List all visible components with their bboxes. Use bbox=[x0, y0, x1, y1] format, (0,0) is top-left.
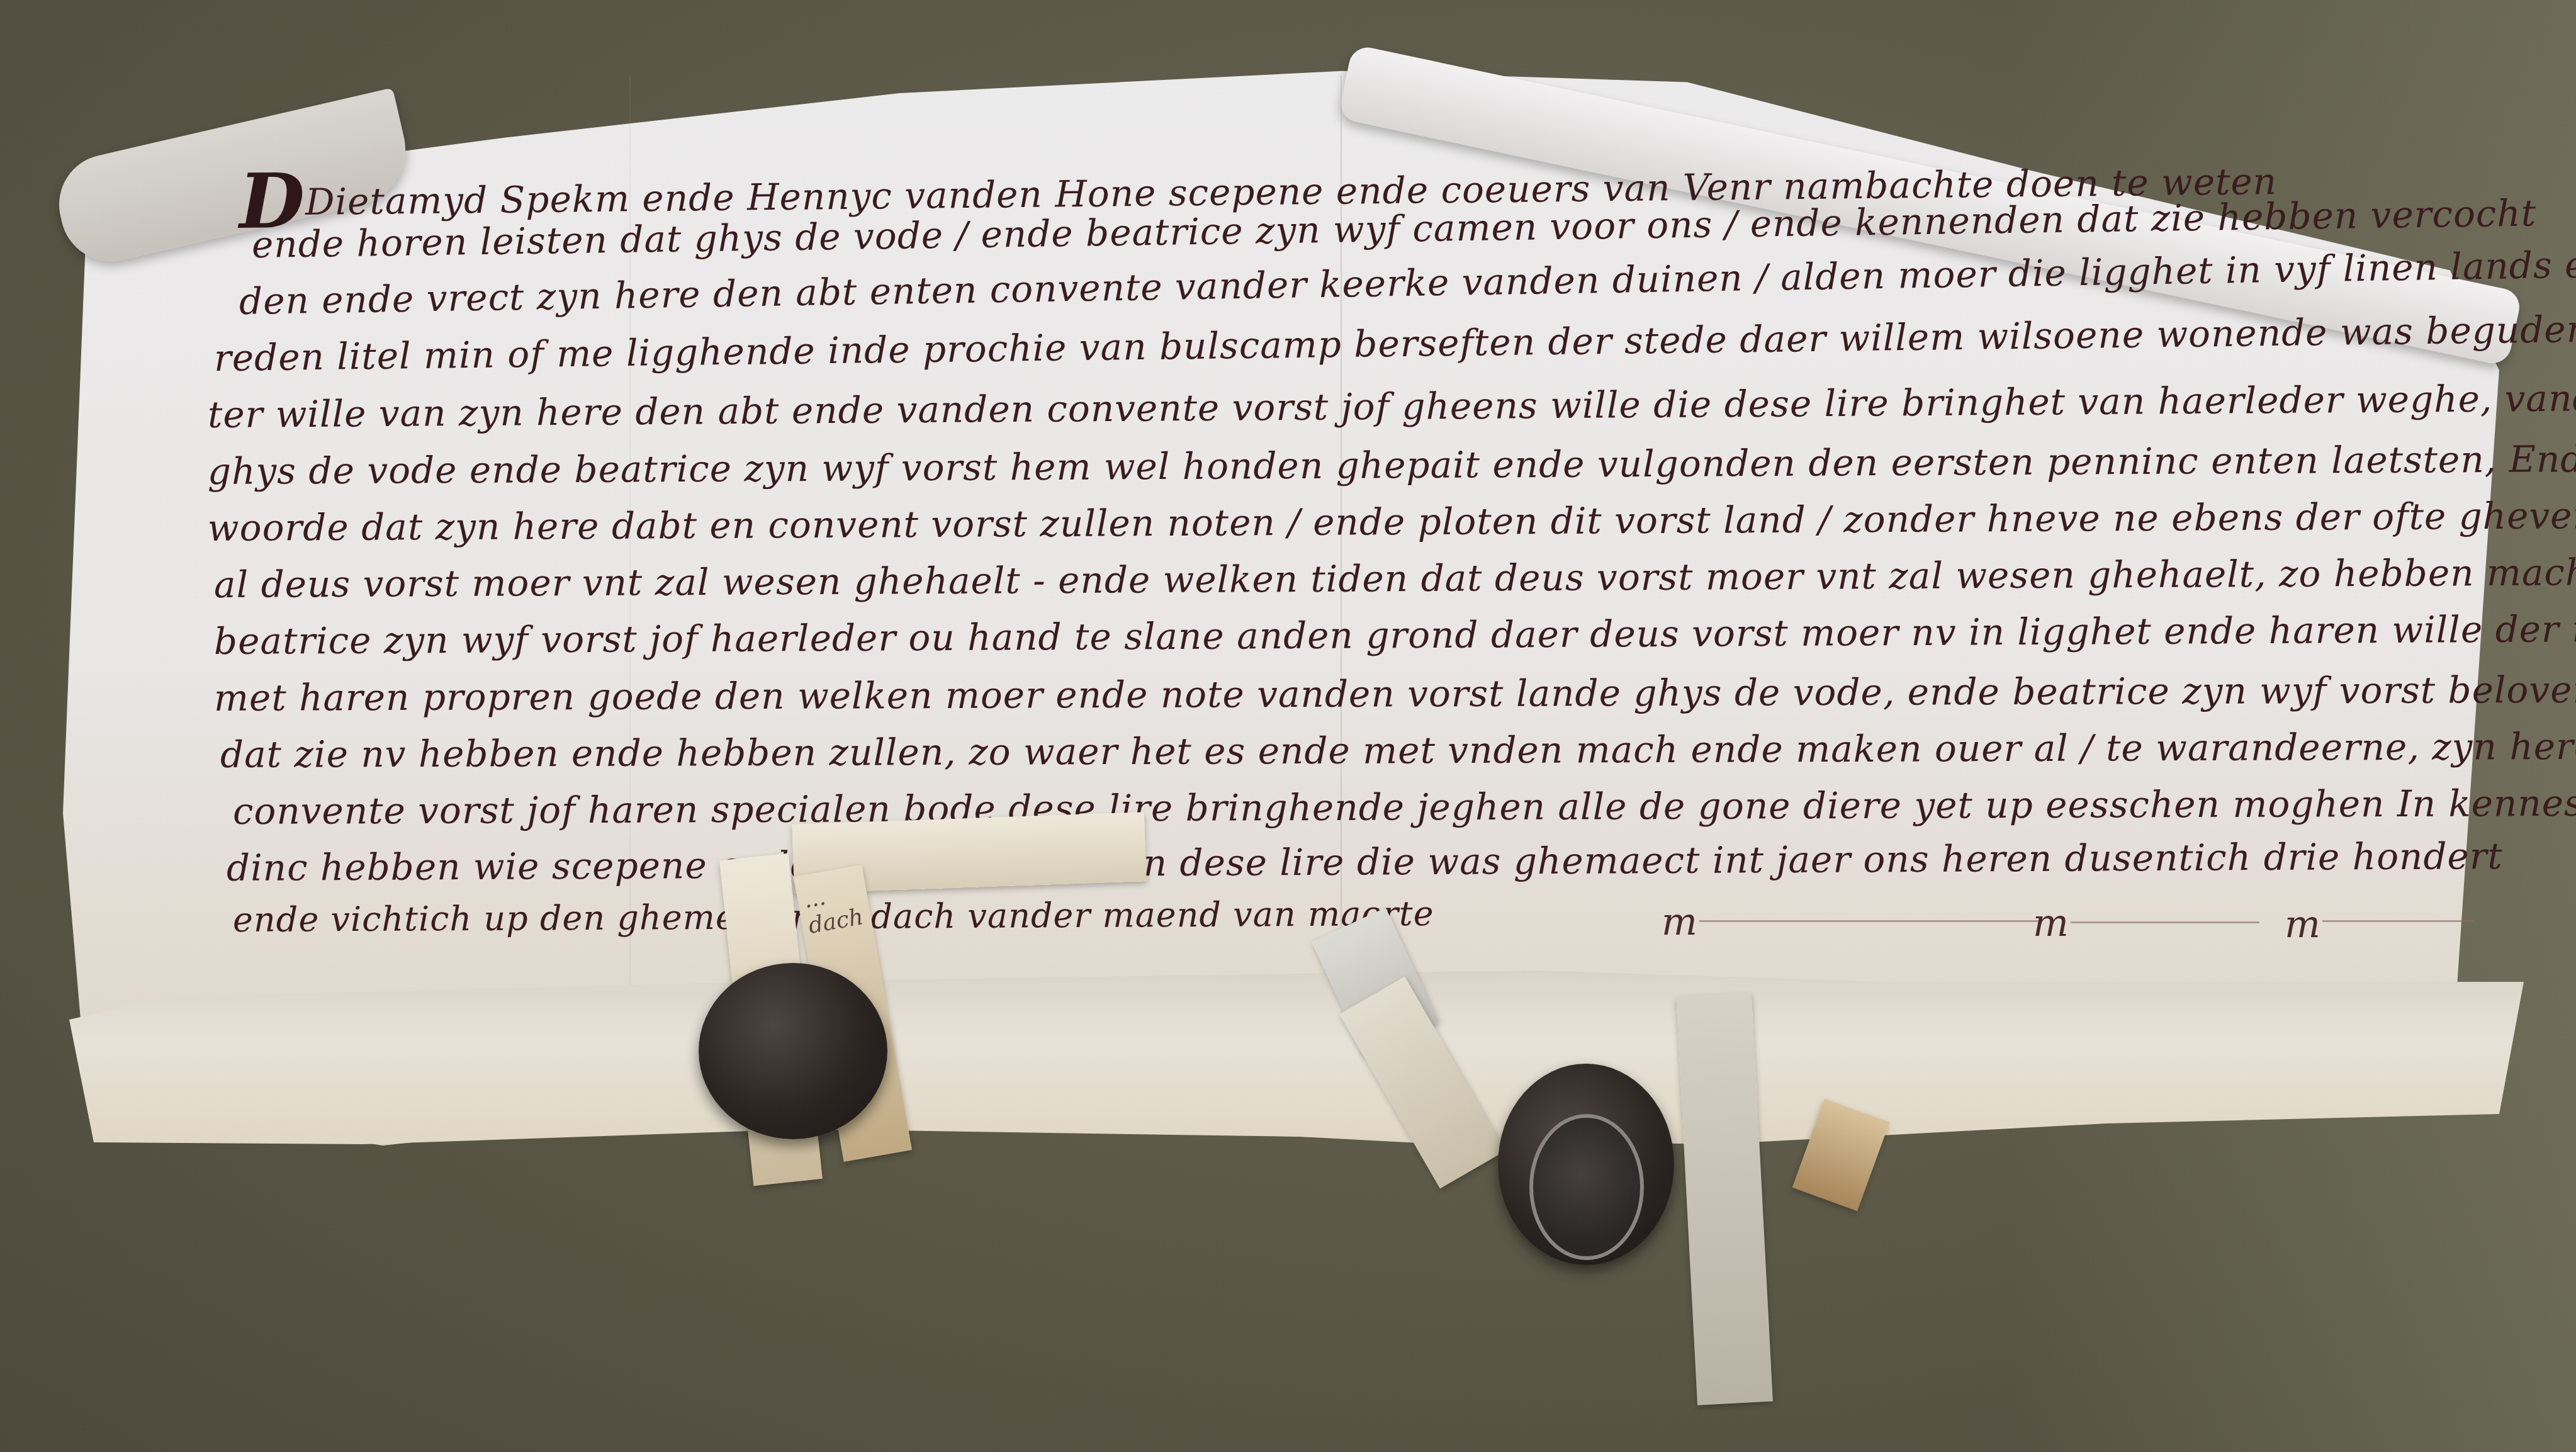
text-line-10: met haren propren goede den welken moer … bbox=[214, 668, 2576, 719]
text-line-11: dat zie nv hebben ende hebben zullen, zo… bbox=[220, 724, 2576, 776]
signature-stroke bbox=[2071, 921, 2259, 923]
line-text: dat zie nv hebben ende hebben zullen, zo… bbox=[220, 724, 2576, 776]
line-text: convente vorst jof haren specialen bode … bbox=[233, 780, 2576, 833]
right-wax-seal bbox=[1498, 1064, 1674, 1265]
line-text: met haren propren goede den welken moer … bbox=[214, 668, 2576, 719]
signature-stroke bbox=[2322, 920, 2473, 922]
left-wax-seal bbox=[699, 963, 887, 1139]
seal-impression bbox=[1529, 1114, 1644, 1260]
signature-marks: m m m bbox=[1662, 906, 2480, 944]
text-line-12: convente vorst jof haren specialen bode … bbox=[233, 780, 2576, 833]
signature-mark: m bbox=[2285, 903, 2320, 947]
signature-mark: m bbox=[2033, 901, 2069, 945]
signature-stroke bbox=[1699, 920, 2039, 922]
seal-tag-inscription: ... dach bbox=[802, 877, 873, 939]
signature-mark: m bbox=[1662, 900, 1697, 944]
